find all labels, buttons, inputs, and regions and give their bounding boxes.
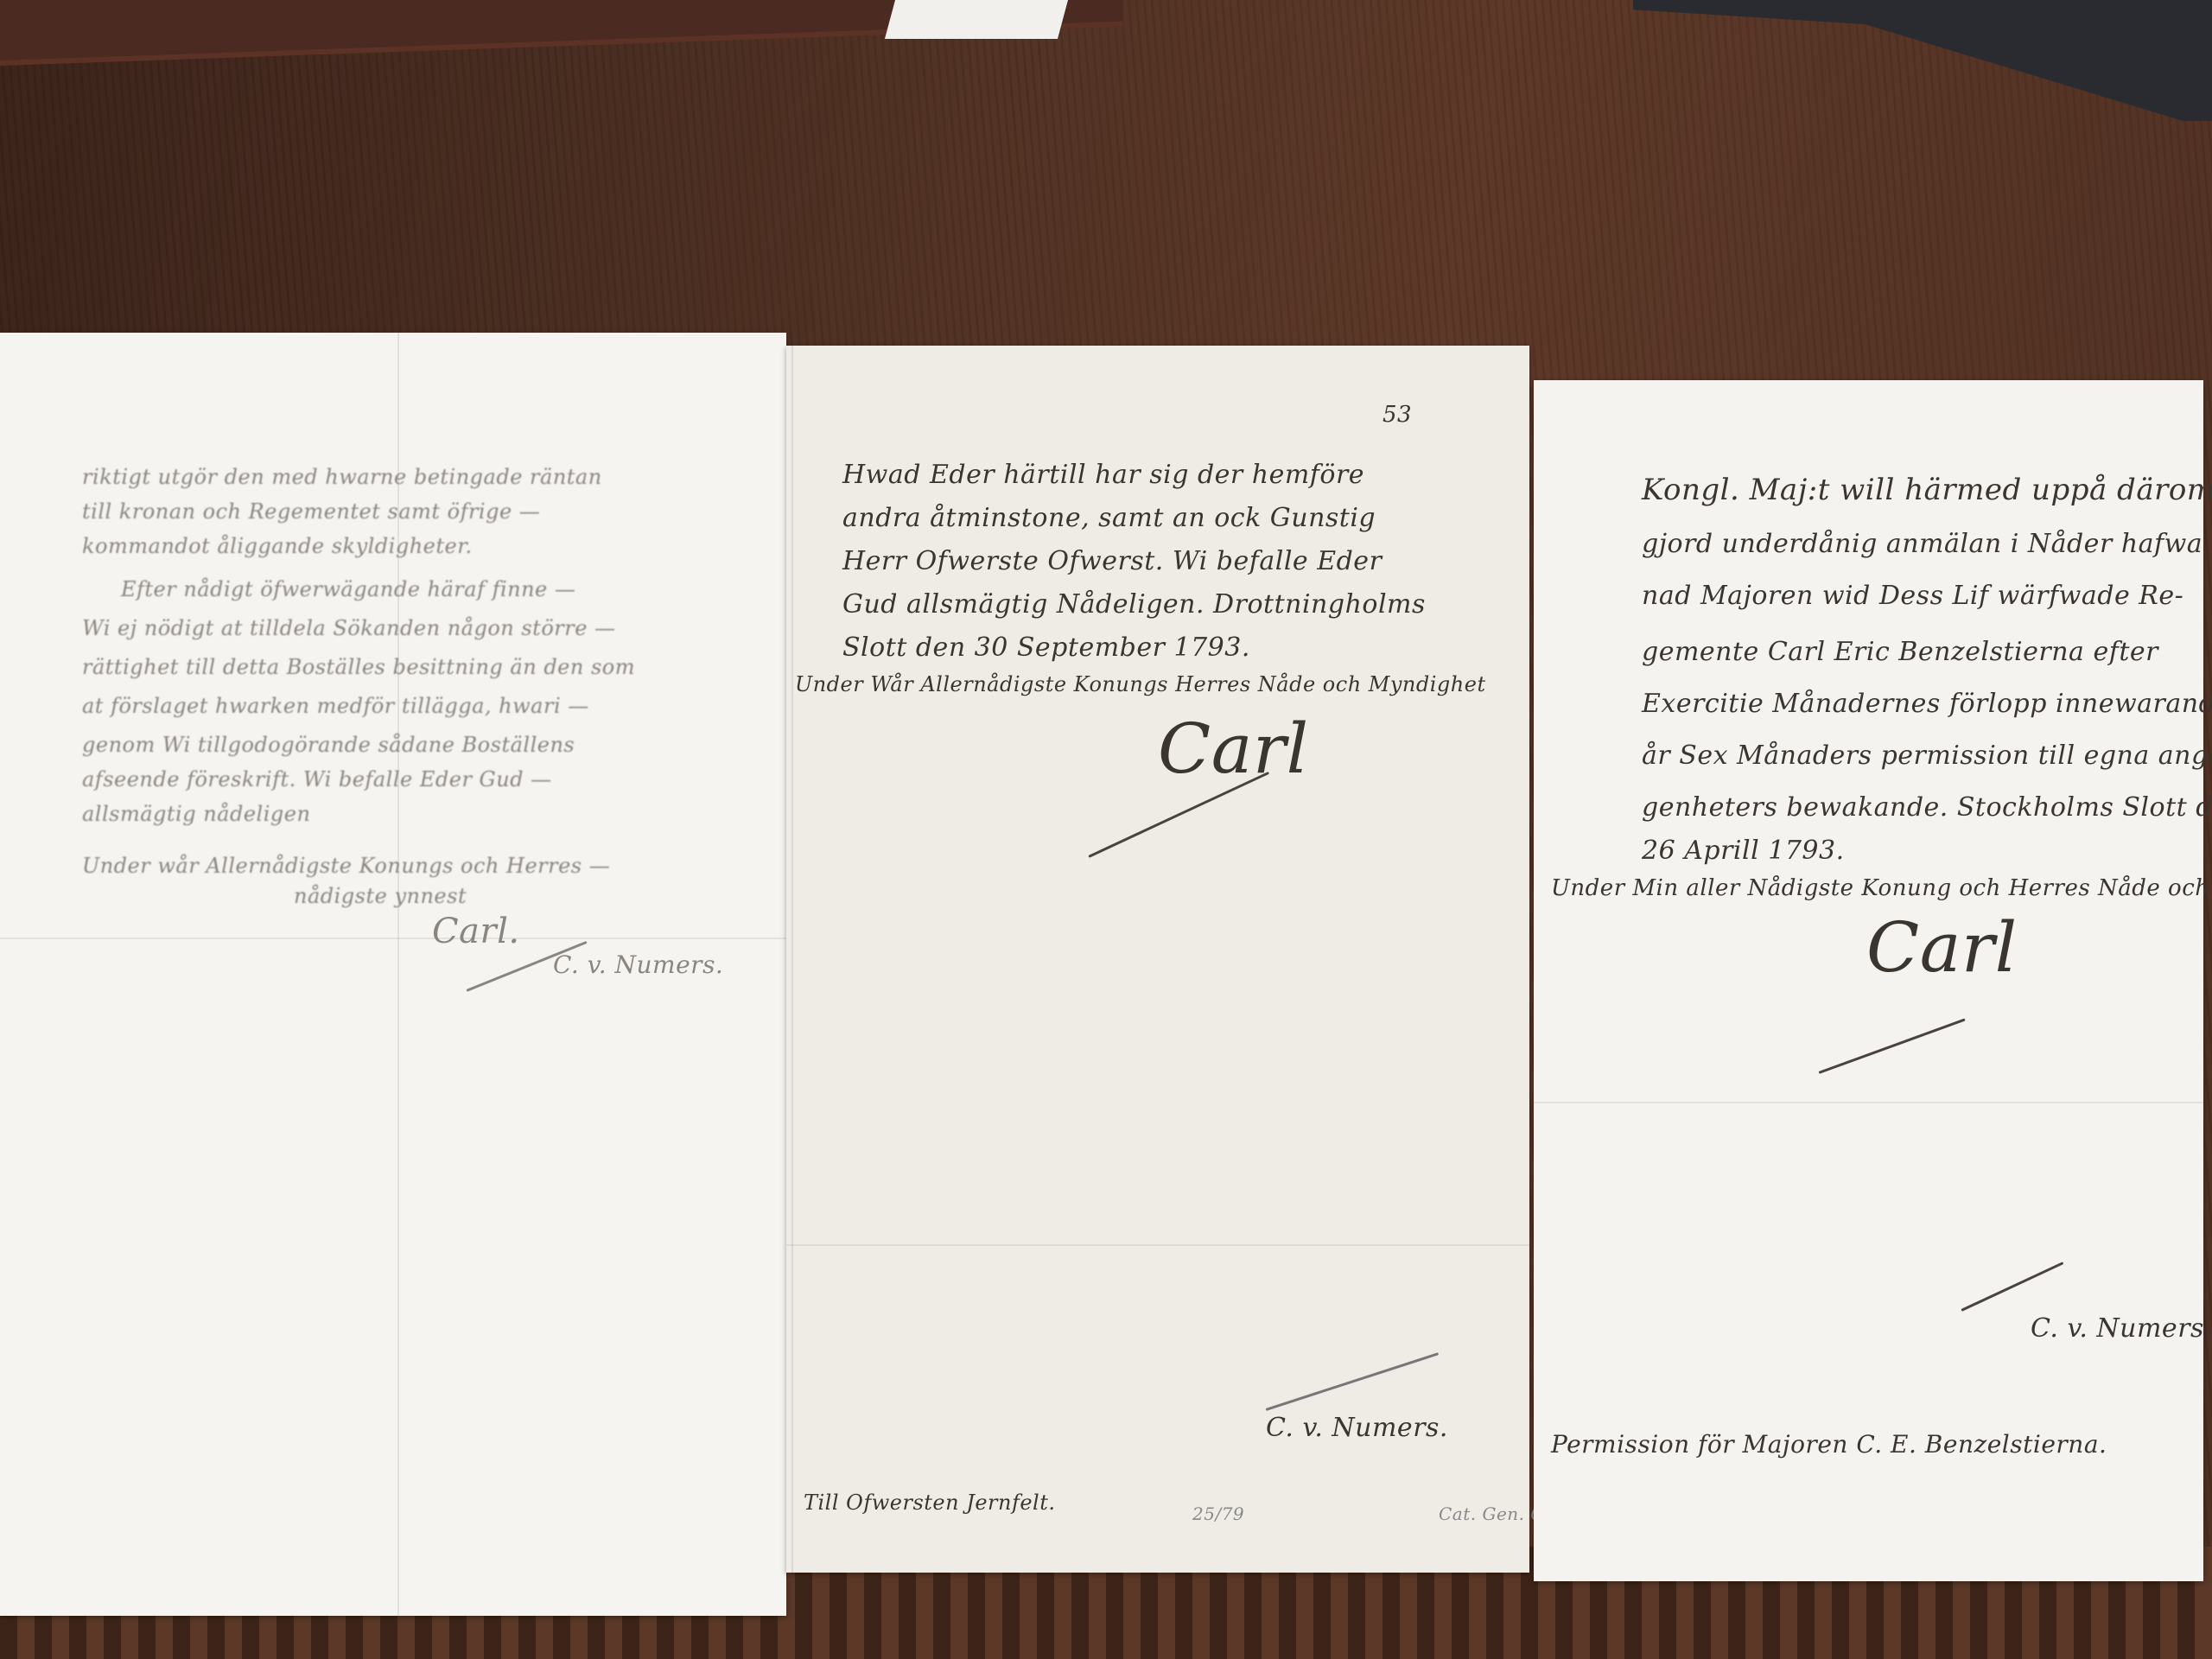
signature: Carl [1158, 709, 1309, 789]
body-line: at förslaget hwarken medför tillägga, hw… [82, 696, 589, 716]
countersignature: C. v. Numers. [553, 950, 723, 979]
fold-line [791, 346, 793, 1573]
archive-note: 25/79 [1192, 1503, 1244, 1524]
middle-letter-sheet: 53 Hwad Eder härtill har sig der hemföre… [786, 346, 1529, 1573]
body-line: år Sex Månaders permission till egna ang… [1642, 743, 2212, 769]
countersign-flourish [1266, 1352, 1440, 1411]
body-line: Herr Ofwerste Ofwerst. Wi befalle Eder [842, 549, 1382, 575]
body-line: rättighet till detta Boställes besittnin… [82, 657, 635, 677]
body-line: andra åtminstone, samt an ock Gunstig [842, 505, 1376, 531]
fold-line [786, 1244, 1529, 1246]
body-line: Under wår Allernådigste Konungs och Herr… [82, 855, 610, 876]
body-line: allsmägtig nådeligen [82, 804, 310, 824]
body-line: kommandot åliggande skyldigheter. [82, 536, 473, 556]
body-line: Gud allsmägtig Nådeligen. Drottningholms [842, 592, 1426, 618]
fold-line [0, 938, 786, 939]
countersign-flourish [1961, 1262, 2063, 1312]
closing-line: Under Min aller Nådigste Konung och Herr… [1551, 877, 2212, 899]
body-line: till kronan och Regementet samt öfrige — [82, 501, 540, 522]
signature: Carl. [432, 912, 520, 951]
signature-flourish [1818, 1019, 1965, 1074]
fold-line [1534, 1102, 2203, 1103]
endorsement: Till Ofwersten Jernfelt. [804, 1491, 1055, 1515]
paper-corner [885, 0, 1068, 39]
endorsement: Permission för Majoren C. E. Benzelstier… [1551, 1430, 2107, 1459]
closing-line: Under Wår Allernådigste Konungs Herres N… [795, 674, 1486, 695]
countersignature: C. v. Numers. [1266, 1413, 1448, 1443]
body-line: Exercitie Månadernes förlopp innewarande [1642, 691, 2212, 717]
body-line: 26 Aprill 1793. [1642, 838, 1845, 864]
signature: Carl [1866, 907, 2018, 988]
page-number: 53 [1382, 402, 1412, 428]
body-line: Slott den 30 September 1793. [842, 635, 1250, 661]
countersignature: C. v. Numers. [2031, 1313, 2212, 1344]
body-line: genom Wi tillgodogörande sådane Boställe… [82, 734, 575, 755]
body-line: afseende föreskrift. Wi befalle Eder Gud… [82, 769, 552, 790]
body-line: nådigste ynnest [294, 886, 467, 906]
body-line: nad Majoren wid Dess Lif wärfwade Re- [1642, 583, 2183, 609]
right-letter-sheet: Kongl. Maj:t will härmed uppå därom gjor… [1534, 380, 2203, 1581]
fold-line [397, 333, 399, 1616]
left-letter-sheet: riktigt utgör den med hwarne betingade r… [0, 333, 786, 1616]
body-line: riktigt utgör den med hwarne betingade r… [82, 467, 602, 487]
body-line: genheters bewakande. Stockholms Slott de… [1642, 795, 2212, 821]
body-line: gjord underdånig anmälan i Nåder hafwa l… [1642, 531, 2212, 557]
body-line: gemente Carl Eric Benzelstierna efter [1642, 639, 2158, 665]
body-line: Hwad Eder härtill har sig der hemföre [842, 462, 1364, 488]
body-line: Kongl. Maj:t will härmed uppå därom [1642, 475, 2212, 505]
body-line: Efter nådigt öfwerwägande häraf finne — [121, 579, 575, 600]
body-line: Wi ej nödigt at tilldela Sökanden någon … [82, 618, 616, 639]
